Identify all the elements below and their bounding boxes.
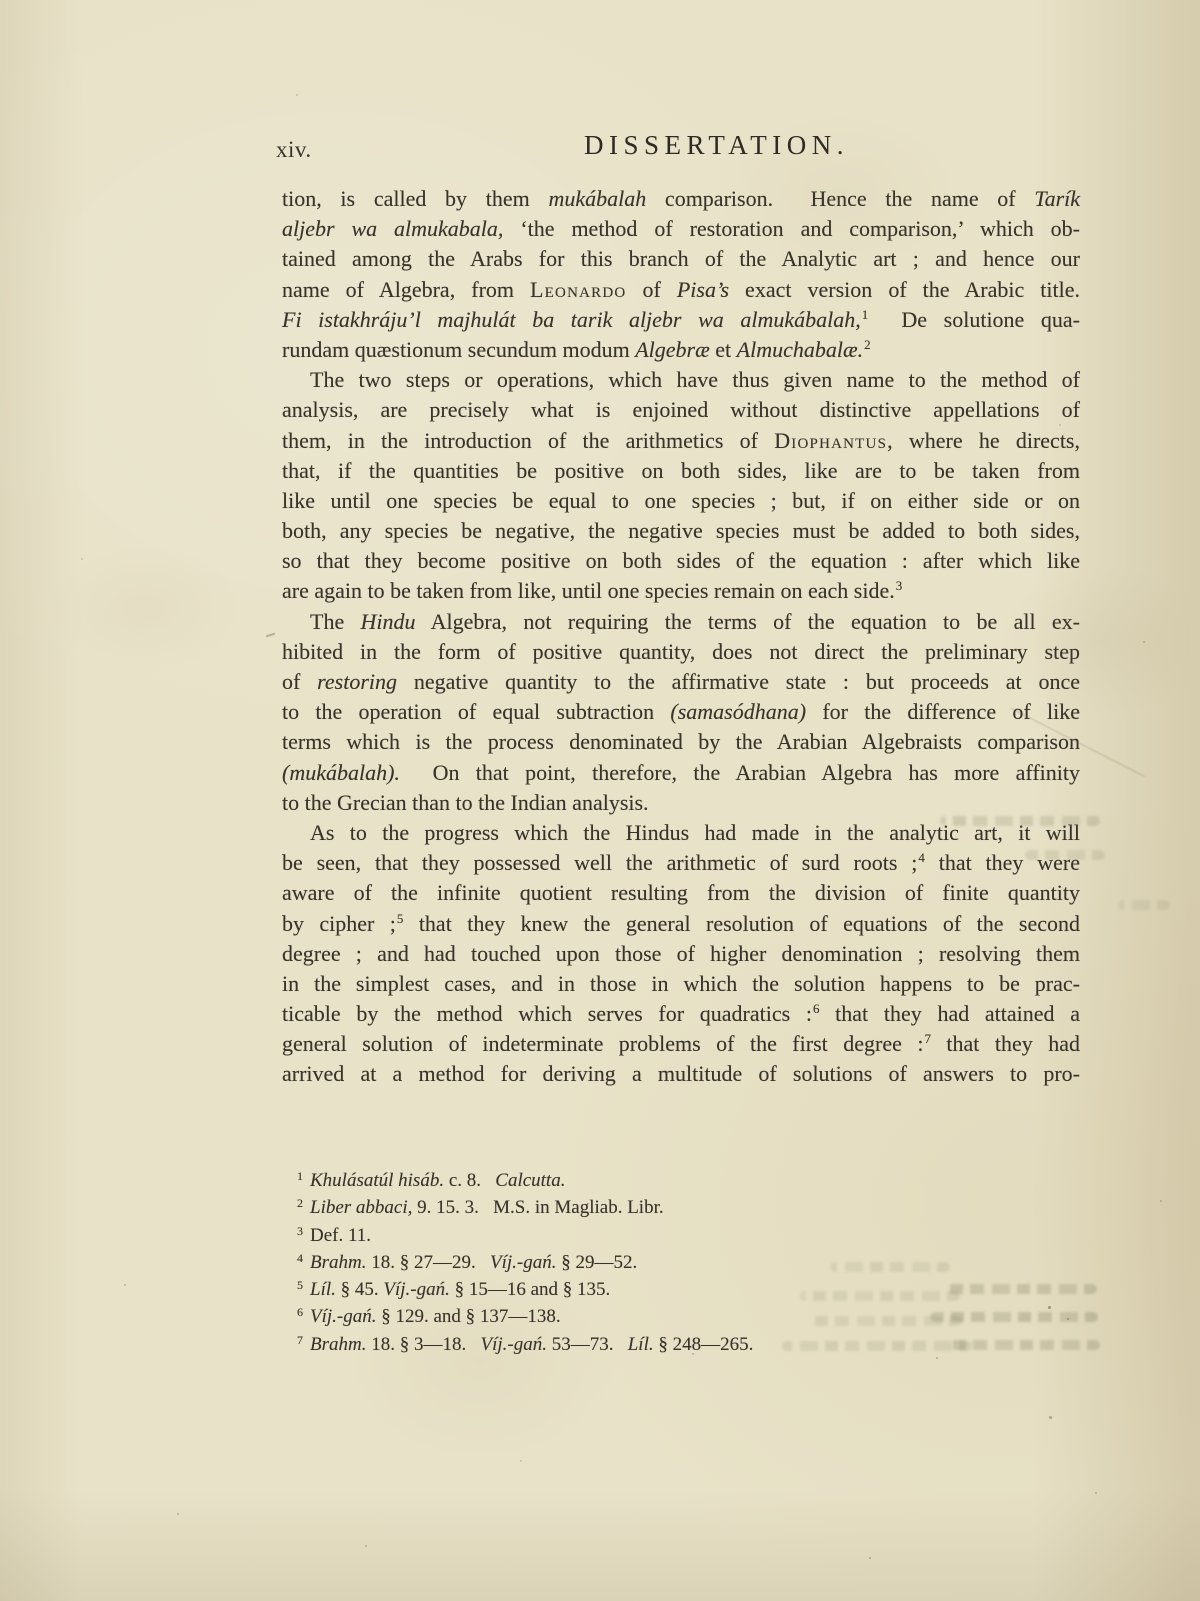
- text-run: comparison. Hence the name of: [646, 186, 1034, 211]
- book-page-scan: xiv. DISSERTATION. tion, is called by th…: [0, 0, 1200, 1601]
- footnote-reference: 2: [864, 337, 871, 352]
- text-run: that, if the quantities be positive on b…: [282, 458, 1080, 483]
- body-line: terms which is the process denominated b…: [282, 727, 1080, 757]
- italic-text: Líl.: [310, 1279, 336, 1300]
- footnote: 5Líl. § 45. Víj.-gań. § 15—16 and § 135.: [297, 1277, 1057, 1304]
- italic-text: Hindu: [361, 609, 416, 634]
- paper-speck: [869, 1557, 871, 1559]
- body-line: (mukábalah). On that point, therefore, t…: [282, 758, 1080, 788]
- body-line: by cipher ;5 that they knew the general …: [282, 909, 1080, 939]
- text-run: arrived at a method for deriving a multi…: [282, 1061, 1080, 1086]
- smallcaps-name: Diophantus: [774, 428, 887, 453]
- italic-text: Víj.-gań.: [490, 1252, 557, 1273]
- text-run: rundam quæstionum secundum modum: [282, 337, 635, 362]
- paper-speck: [520, 1460, 522, 1462]
- text-run: that they knew the general resolution of…: [403, 911, 1080, 936]
- text-run: § 15—16 and § 135.: [450, 1279, 610, 1300]
- running-title: DISSERTATION.: [584, 130, 849, 161]
- paper-speck: [365, 1545, 367, 1547]
- body-line: both, any species be negative, the negat…: [282, 516, 1080, 546]
- text-run: in the simplest cases, and in those in w…: [282, 971, 1080, 996]
- body-line: As to the progress which the Hindus had …: [282, 818, 1080, 848]
- text-run: The: [310, 609, 361, 634]
- body-line: ticable by the method which serves for q…: [282, 999, 1080, 1029]
- footnote-marker: 4: [297, 1251, 303, 1265]
- italic-text: Pisa’s: [677, 277, 729, 302]
- body-line: that, if the quantities be positive on b…: [282, 456, 1080, 486]
- body-line: in the simplest cases, and in those in w…: [282, 969, 1080, 999]
- body-line: The Hindu Algebra, not requiring the ter…: [282, 607, 1080, 637]
- text-run: of: [282, 669, 317, 694]
- body-line: degree ; and had touched upon those of h…: [282, 939, 1080, 969]
- text-run: be seen, that they possessed well the ar…: [282, 850, 917, 875]
- body-line: Fi istakhráju’l majhulát ba tarik aljebr…: [282, 305, 1080, 335]
- smallcaps-name: Leonardo: [530, 277, 626, 302]
- italic-text: Khulásatúl hisáb.: [310, 1170, 444, 1191]
- body-line: aware of the infinite quotient resulting…: [282, 878, 1080, 908]
- text-run: aware of the infinite quotient resulting…: [282, 880, 1080, 905]
- italic-text: Calcutta.: [495, 1170, 565, 1191]
- text-run: The two steps or operations, which have …: [310, 367, 1080, 392]
- text-run: De solutione qua-: [868, 307, 1080, 332]
- paper-speck: [1160, 1200, 1162, 1202]
- italic-text: restoring: [317, 669, 397, 694]
- text-run: for the difference of like: [806, 699, 1080, 724]
- italic-text: (mukábalah).: [282, 760, 400, 785]
- italic-text: Liber abbaci,: [310, 1197, 412, 1218]
- italic-text: Almuchabalæ.: [737, 337, 864, 362]
- footnote: 4Brahm. 18. § 27—29. Víj.-gań. § 29—52.: [297, 1250, 1057, 1277]
- body-line: like until one species be equal to one s…: [282, 486, 1080, 516]
- text-run: hibited in the form of positive quantity…: [282, 639, 1080, 664]
- body-line: to the Grecian than to the Indian analys…: [282, 788, 1080, 818]
- text-run: to the operation of equal subtraction: [282, 699, 670, 724]
- paper-speck: [124, 1284, 126, 1286]
- body-line: arrived at a method for deriving a multi…: [282, 1059, 1080, 1089]
- text-run: As to the progress which the Hindus had …: [310, 820, 1080, 845]
- text-run: that they were: [925, 850, 1080, 875]
- footnote-marker: 3: [297, 1224, 303, 1238]
- footnote: 6Víj.-gań. § 129. and § 137—138.: [297, 1304, 1057, 1331]
- body-line: them, in the introduction of the arithme…: [282, 426, 1080, 456]
- italic-text: Víj.-gań.: [480, 1334, 547, 1355]
- text-run: 18. § 3—18.: [366, 1334, 480, 1355]
- text-run: that they had attained a: [819, 1001, 1080, 1026]
- italic-text: mukábalah: [548, 186, 646, 211]
- footnote-marker: 5: [297, 1278, 303, 1292]
- body-text: tion, is called by them mukábalah compar…: [282, 184, 1080, 1090]
- paper-speck: [1049, 1416, 1052, 1419]
- text-run: of: [626, 277, 676, 302]
- body-line: general solution of indeterminate proble…: [282, 1029, 1080, 1059]
- body-line: name of Algebra, from Leonardo of Pisa’s…: [282, 275, 1080, 305]
- body-line: aljebr wa almukabala, ‘the method of res…: [282, 214, 1080, 244]
- text-run: , where he directs,: [887, 428, 1080, 453]
- text-run: ticable by the method which serves for q…: [282, 1001, 812, 1026]
- text-run: terms which is the process denominated b…: [282, 729, 1080, 754]
- paper-speck: [296, 94, 298, 96]
- body-line: so that they become positive on both sid…: [282, 546, 1080, 576]
- text-run: Algebra, not requiring the terms of the …: [416, 609, 1080, 634]
- show-through-smudge: [1118, 900, 1170, 910]
- text-run: § 29—52.: [556, 1252, 637, 1273]
- body-line: hibited in the form of positive quantity…: [282, 637, 1080, 667]
- body-line: rundam quæstionum secundum modum Algebræ…: [282, 335, 1080, 365]
- italic-text: aljebr wa almukabala,: [282, 216, 503, 241]
- footnote-marker: 6: [297, 1305, 303, 1319]
- footnote-marker: 2: [297, 1196, 303, 1210]
- text-run: exact version of the Arabic title.: [729, 277, 1080, 302]
- text-run: are again to be taken from like, until o…: [282, 578, 895, 603]
- footnote-reference: 1: [862, 307, 869, 322]
- text-run: negative quantity to the affirmative sta…: [397, 669, 1080, 694]
- margin-mark: [266, 633, 275, 638]
- italic-text: Víj.-gań.: [310, 1306, 377, 1327]
- text-run: so that they become positive on both sid…: [282, 548, 1080, 573]
- text-run: analysis, are precisely what is enjoined…: [282, 397, 1080, 422]
- body-line: to the operation of equal subtraction (s…: [282, 697, 1080, 727]
- footnote: 1Khulásatúl hisáb. c. 8. Calcutta.: [297, 1168, 1057, 1195]
- footnote-reference: 6: [813, 1001, 820, 1016]
- paper-speck: [1143, 641, 1145, 643]
- text-run: 53—73.: [547, 1334, 628, 1355]
- body-line: are again to be taken from like, until o…: [282, 576, 1080, 606]
- body-line: be seen, that they possessed well the ar…: [282, 848, 1080, 878]
- footnote-marker: 7: [297, 1333, 303, 1347]
- page-number: xiv.: [276, 137, 312, 163]
- footnote-reference: 5: [397, 911, 404, 926]
- paper-speck: [177, 1513, 179, 1515]
- text-run: On that point, therefore, the Arabian Al…: [400, 760, 1080, 785]
- text-run: § 129. and § 137—138.: [377, 1306, 561, 1327]
- body-line: of restoring negative quantity to the af…: [282, 667, 1080, 697]
- italic-text: Brahm.: [310, 1334, 366, 1355]
- text-run: c. 8.: [444, 1170, 495, 1191]
- italic-text: (samasódhana): [670, 699, 806, 724]
- italic-text: Tarík: [1034, 186, 1080, 211]
- text-run: by cipher ;: [282, 911, 396, 936]
- body-line: tion, is called by them mukábalah compar…: [282, 184, 1080, 214]
- text-run: that they had: [931, 1031, 1080, 1056]
- text-run: both, any species be negative, the negat…: [282, 518, 1080, 543]
- footnote-reference: 7: [924, 1031, 931, 1046]
- paper-speck: [1095, 1492, 1097, 1494]
- paper-speck: [81, 558, 83, 560]
- body-line: The two steps or operations, which have …: [282, 365, 1080, 395]
- body-line: tained among the Arabs for this branch o…: [282, 244, 1080, 274]
- text-run: 9. 15. 3. M.S. in Magliab. Libr.: [412, 1197, 663, 1218]
- footnote-reference: 4: [918, 850, 925, 865]
- text-run: like until one species be equal to one s…: [282, 488, 1080, 513]
- text-run: to the Grecian than to the Indian analys…: [282, 790, 649, 815]
- italic-text: Algebræ: [635, 337, 710, 362]
- text-run: general solution of indeterminate proble…: [282, 1031, 923, 1056]
- footnote: 7Brahm. 18. § 3—18. Víj.-gań. 53—73. Líl…: [297, 1332, 1057, 1359]
- footnote: 2Liber abbaci, 9. 15. 3. M.S. in Magliab…: [297, 1195, 1057, 1222]
- text-run: et: [710, 337, 737, 362]
- italic-text: Brahm.: [310, 1252, 366, 1273]
- text-run: § 45.: [336, 1279, 384, 1300]
- text-run: § 248—265.: [654, 1334, 754, 1355]
- text-run: tained among the Arabs for this branch o…: [282, 246, 1080, 271]
- text-run: ‘the method of restoration and compariso…: [503, 216, 1080, 241]
- paper-speck: [1067, 1318, 1069, 1320]
- italic-text: Víj.-gań.: [383, 1279, 450, 1300]
- body-line: analysis, are precisely what is enjoined…: [282, 395, 1080, 425]
- footnotes: 1Khulásatúl hisáb. c. 8. Calcutta.2Liber…: [297, 1168, 1057, 1359]
- footnote: 3Def. 11.: [297, 1223, 1057, 1250]
- text-run: Def. 11.: [310, 1225, 371, 1246]
- footnote-reference: 3: [896, 578, 903, 593]
- italic-text: Líl.: [628, 1334, 654, 1355]
- text-run: name of Algebra, from: [282, 277, 530, 302]
- text-run: degree ; and had touched upon those of h…: [282, 941, 1080, 966]
- italic-text: Fi istakhráju’l majhulát ba tarik aljebr…: [282, 307, 861, 332]
- footnote-marker: 1: [297, 1169, 303, 1183]
- text-run: them, in the introduction of the arithme…: [282, 428, 774, 453]
- text-run: 18. § 27—29.: [366, 1252, 490, 1273]
- text-run: tion, is called by them: [282, 186, 548, 211]
